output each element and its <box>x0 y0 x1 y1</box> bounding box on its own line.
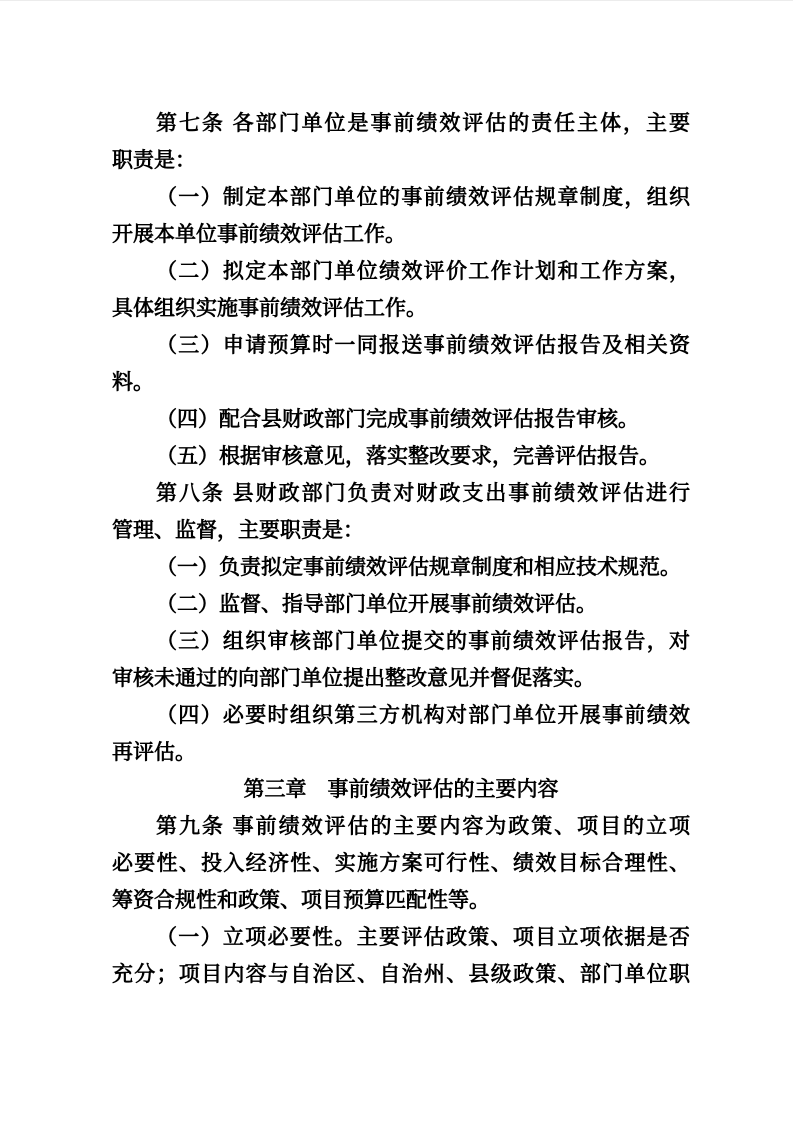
text-line: （二）监督、指导部门单位开展事前绩效评估。 <box>112 586 690 623</box>
text-line: （四）必要时组织第三方机构对部门单位开展事前绩效 <box>112 697 690 734</box>
paragraph: （二）监督、指导部门单位开展事前绩效评估。 <box>112 586 690 623</box>
text-line: （三）申请预算时一同报送事前绩效评估报告及相关资 <box>112 327 690 364</box>
text-line: （一）制定本部门单位的事前绩效评估规章制度，组织 <box>112 179 690 216</box>
text-line: （一）立项必要性。主要评估政策、项目立项依据是否 <box>112 919 690 956</box>
text-line: 第八条 县财政部门负责对财政支出事前绩效评估进行 <box>112 475 690 512</box>
paragraph: （三）组织审核部门单位提交的事前绩效评估报告，对 审核未通过的向部门单位提出整改… <box>112 623 690 697</box>
text-line: 筹资合规性和政策、项目预算匹配性等。 <box>112 882 690 919</box>
text-line: （三）组织审核部门单位提交的事前绩效评估报告，对 <box>112 623 690 660</box>
paragraph: （一）制定本部门单位的事前绩效评估规章制度，组织 开展本单位事前绩效评估工作。 <box>112 179 690 253</box>
paragraph: （四）配合县财政部门完成事前绩效评估报告审核。 <box>112 401 690 438</box>
paragraph: 第七条 各部门单位是事前绩效评估的责任主体，主要 职责是： <box>112 105 690 179</box>
text-line: （四）配合县财政部门完成事前绩效评估报告审核。 <box>112 401 690 438</box>
text-line: 具体组织实施事前绩效评估工作。 <box>112 290 690 327</box>
text-line: 必要性、投入经济性、实施方案可行性、绩效目标合理性、 <box>112 845 690 882</box>
text-line: （五）根据审核意见，落实整改要求，完善评估报告。 <box>112 438 690 475</box>
chapter-heading-text: 第三章 事前绩效评估的主要内容 <box>112 771 690 808</box>
text-line: 职责是： <box>112 142 690 179</box>
paragraph: （五）根据审核意见，落实整改要求，完善评估报告。 <box>112 438 690 475</box>
text-line: 料。 <box>112 364 690 401</box>
paragraph: （三）申请预算时一同报送事前绩效评估报告及相关资 料。 <box>112 327 690 401</box>
paragraph: 第八条 县财政部门负责对财政支出事前绩效评估进行 管理、监督，主要职责是： <box>112 475 690 549</box>
paragraph: （一）负责拟定事前绩效评估规章制度和相应技术规范。 <box>112 549 690 586</box>
chapter-heading: 第三章 事前绩效评估的主要内容 <box>112 771 690 808</box>
text-line: （二）拟定本部门单位绩效评价工作计划和工作方案， <box>112 253 690 290</box>
text-line: 管理、监督，主要职责是： <box>112 512 690 549</box>
paragraph: （二）拟定本部门单位绩效评价工作计划和工作方案， 具体组织实施事前绩效评估工作。 <box>112 253 690 327</box>
text-line: 第九条 事前绩效评估的主要内容为政策、项目的立项 <box>112 808 690 845</box>
text-line: 第七条 各部门单位是事前绩效评估的责任主体，主要 <box>112 105 690 142</box>
paragraph: （四）必要时组织第三方机构对部门单位开展事前绩效 再评估。 <box>112 697 690 771</box>
text-line: 充分；项目内容与自治区、自治州、县级政策、部门单位职 <box>112 956 690 993</box>
text-line: （一）负责拟定事前绩效评估规章制度和相应技术规范。 <box>112 549 690 586</box>
document-text-block: 第七条 各部门单位是事前绩效评估的责任主体，主要 职责是： （一）制定本部门单位… <box>112 105 690 993</box>
paragraph: （一）立项必要性。主要评估政策、项目立项依据是否 充分；项目内容与自治区、自治州… <box>112 919 690 993</box>
text-line: 审核未通过的向部门单位提出整改意见并督促落实。 <box>112 660 690 697</box>
paragraph: 第九条 事前绩效评估的主要内容为政策、项目的立项 必要性、投入经济性、实施方案可… <box>112 808 690 919</box>
document-page: 第七条 各部门单位是事前绩效评估的责任主体，主要 职责是： （一）制定本部门单位… <box>0 0 793 1122</box>
text-line: 开展本单位事前绩效评估工作。 <box>112 216 690 253</box>
text-line: 再评估。 <box>112 734 690 771</box>
